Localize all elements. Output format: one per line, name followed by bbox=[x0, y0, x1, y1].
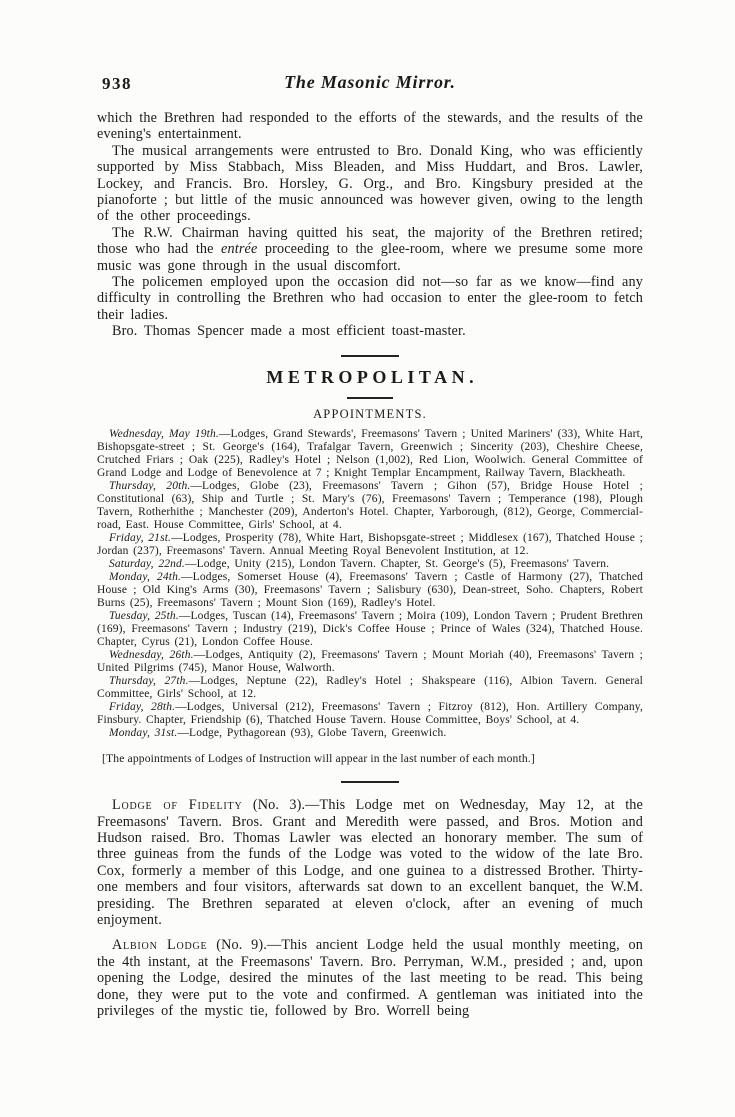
appointment-day: Wednesday, May 19th. bbox=[109, 428, 219, 440]
appointment-day: Friday, 28th. bbox=[109, 701, 175, 713]
appointment-entry: Monday, 31st.—Lodge, Pythagorean (93), G… bbox=[97, 727, 643, 740]
lodge-report-fidelity: Lodge of Fidelity (No. 3).—This Lodge me… bbox=[97, 797, 643, 928]
section-heading-metropolitan: METROPOLITAN. bbox=[97, 367, 643, 388]
instruction-lodges-note: [The appointments of Lodges of Instructi… bbox=[97, 752, 643, 765]
appointment-entry: Tuesday, 25th.—Lodges, Tuscan (14), Free… bbox=[97, 610, 643, 649]
appointment-text: —Lodges, Tuscan (14), Freemasons' Tavern… bbox=[97, 610, 643, 648]
appointment-day: Thursday, 20th. bbox=[109, 480, 190, 492]
appointment-day: Monday, 31st. bbox=[109, 727, 177, 739]
appointment-day: Tuesday, 25th. bbox=[109, 610, 179, 622]
appointments-list: Wednesday, May 19th.—Lodges, Grand Stewa… bbox=[97, 428, 643, 740]
heading-underline bbox=[347, 397, 393, 400]
appointment-text: —Lodges, Prosperity (78), White Hart, Bi… bbox=[97, 532, 643, 557]
appointment-entry: Friday, 21st.—Lodges, Prosperity (78), W… bbox=[97, 532, 643, 558]
intro-paragraph-5: Bro. Thomas Spencer made a most efficien… bbox=[97, 323, 643, 339]
appointment-text: —Lodge, Pythagorean (93), Globe Tavern, … bbox=[177, 727, 446, 739]
lodge-name: Albion Lodge bbox=[112, 937, 207, 953]
appointment-day: Thursday, 27th. bbox=[109, 675, 189, 687]
appointment-entry: Wednesday, 26th.—Lodges, Antiquity (2), … bbox=[97, 649, 643, 675]
page-content: 938 The Masonic Mirror. which the Brethr… bbox=[97, 0, 643, 1019]
section-divider-top bbox=[341, 355, 399, 357]
appointment-text: —Lodge, Unity (215), London Tavern. Chap… bbox=[185, 558, 609, 570]
appointment-entry: Saturday, 22nd.—Lodge, Unity (215), Lond… bbox=[97, 558, 643, 571]
appointment-entry: Thursday, 20th.—Lodges, Globe (23), Free… bbox=[97, 480, 643, 532]
page-header: 938 The Masonic Mirror. bbox=[97, 72, 643, 98]
lodge-number: (No. 3). bbox=[243, 797, 306, 813]
scanned-page: 938 The Masonic Mirror. which the Brethr… bbox=[0, 0, 735, 1117]
italic-word: entrée bbox=[221, 241, 257, 257]
appointment-day: Monday, 24th. bbox=[109, 571, 181, 583]
intro-paragraph-1: which the Brethren had responded to the … bbox=[97, 110, 643, 143]
journal-title: The Masonic Mirror. bbox=[97, 72, 643, 93]
section-divider-mid bbox=[341, 781, 399, 783]
appointment-entry: Wednesday, May 19th.—Lodges, Grand Stewa… bbox=[97, 428, 643, 480]
appointment-day: Friday, 21st. bbox=[109, 532, 171, 544]
appointment-entry: Thursday, 27th.—Lodges, Neptune (22), Ra… bbox=[97, 675, 643, 701]
appointment-entry: Friday, 28th.—Lodges, Universal (212), F… bbox=[97, 701, 643, 727]
appointment-text: —Lodges, Universal (212), Freemasons' Ta… bbox=[97, 701, 643, 726]
intro-paragraph-4: The policemen employed upon the occasion… bbox=[97, 274, 643, 323]
intro-paragraph-2: The musical arrangements were entrusted … bbox=[97, 143, 643, 225]
appointment-day: Saturday, 22nd. bbox=[109, 558, 185, 570]
lodge-name: Lodge of Fidelity bbox=[112, 797, 243, 813]
page-number: 938 bbox=[102, 74, 132, 94]
appointments-heading: APPOINTMENTS. bbox=[97, 407, 643, 422]
lodge-number: (No. 9). bbox=[207, 937, 267, 953]
report-text: —This Lodge met on Wednesday, May 12, at… bbox=[97, 797, 643, 928]
appointment-entry: Monday, 24th.—Lodges, Somerset House (4)… bbox=[97, 571, 643, 610]
intro-paragraph-3: The R.W. Chairman having quitted his sea… bbox=[97, 225, 643, 274]
appointment-day: Wednesday, 26th. bbox=[109, 649, 194, 661]
lodge-report-albion: Albion Lodge (No. 9).—This ancient Lodge… bbox=[97, 937, 643, 1019]
